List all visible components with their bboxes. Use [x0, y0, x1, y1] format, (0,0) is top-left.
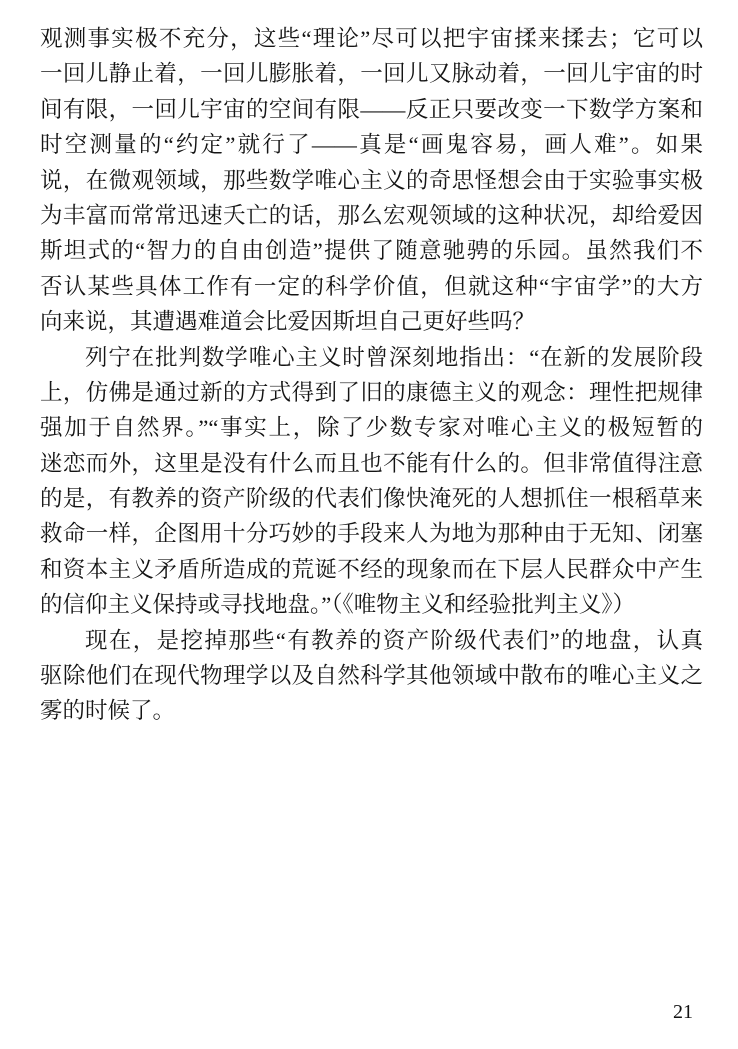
text-line: 上，仿佛是通过新的方式得到了旧的康德主义的观念：理性把规律	[40, 375, 703, 410]
text-line: 的信仰主义保持或寻找地盘。”（《唯物主义和经验批判主义》）	[40, 587, 703, 622]
text-line: 列宁在批判数学唯心主义时曾深刻地指出：“在新的发展阶段	[40, 340, 703, 375]
text-line: 驱除他们在现代物理学以及自然科学其他领域中散布的唯心主义之	[40, 658, 703, 693]
text-line: 雾的时候了。	[40, 693, 703, 728]
text-line: 观测事实极不充分，这些“理论”尽可以把宇宙揉来揉去；它可以	[40, 21, 703, 56]
paragraph: 列宁在批判数学唯心主义时曾深刻地指出：“在新的发展阶段上，仿佛是通过新的方式得到…	[40, 340, 703, 623]
text-line: 间有限，一回儿宇宙的空间有限——反正只要改变一下数学方案和	[40, 92, 703, 127]
text-line: 说，在微观领域，那些数学唯心主义的奇思怪想会由于实验事实极	[40, 163, 703, 198]
text-line: 迷恋而外，这里是没有什么而且也不能有什么的。但非常值得注意	[40, 446, 703, 481]
text-body: 观测事实极不充分，这些“理论”尽可以把宇宙揉来揉去；它可以一回儿静止着，一回儿膨…	[40, 21, 703, 729]
text-line: 的是，有教养的资产阶级的代表们像快淹死的人想抓住一根稻草来	[40, 481, 703, 516]
text-line: 一回儿静止着，一回儿膨胀着，一回儿又脉动着，一回儿宇宙的时	[40, 56, 703, 91]
text-line: 向来说，其遭遇难道会比爱因斯坦自己更好些吗？	[40, 304, 703, 339]
text-line: 现在，是挖掉那些“有教养的资产阶级代表们”的地盘，认真	[40, 623, 703, 658]
document-page: 观测事实极不充分，这些“理论”尽可以把宇宙揉来揉去；它可以一回儿静止着，一回儿膨…	[0, 0, 738, 1049]
text-line: 否认某些具体工作有一定的科学价值，但就这种“宇宙学”的大方	[40, 269, 703, 304]
text-line: 和资本主义矛盾所造成的荒诞不经的现象而在下层人民群众中产生	[40, 552, 703, 587]
paragraph: 现在，是挖掉那些“有教养的资产阶级代表们”的地盘，认真驱除他们在现代物理学以及自…	[40, 623, 703, 729]
text-line: 为丰富而常常迅速夭亡的话，那么宏观领域的这种状况，却给爱因	[40, 198, 703, 233]
text-line: 斯坦式的“智力的自由创造”提供了随意驰骋的乐园。虽然我们不	[40, 233, 703, 268]
text-line: 救命一样，企图用十分巧妙的手段来人为地为那种由于无知、闭塞	[40, 516, 703, 551]
page-number: 21	[673, 1001, 693, 1023]
paragraph: 观测事实极不充分，这些“理论”尽可以把宇宙揉来揉去；它可以一回儿静止着，一回儿膨…	[40, 21, 703, 340]
text-line: 强加于自然界。”“事实上，除了少数专家对唯心主义的极短暂的	[40, 410, 703, 445]
text-line: 时空测量的“约定”就行了——真是“画鬼容易，画人难”。如果	[40, 127, 703, 162]
